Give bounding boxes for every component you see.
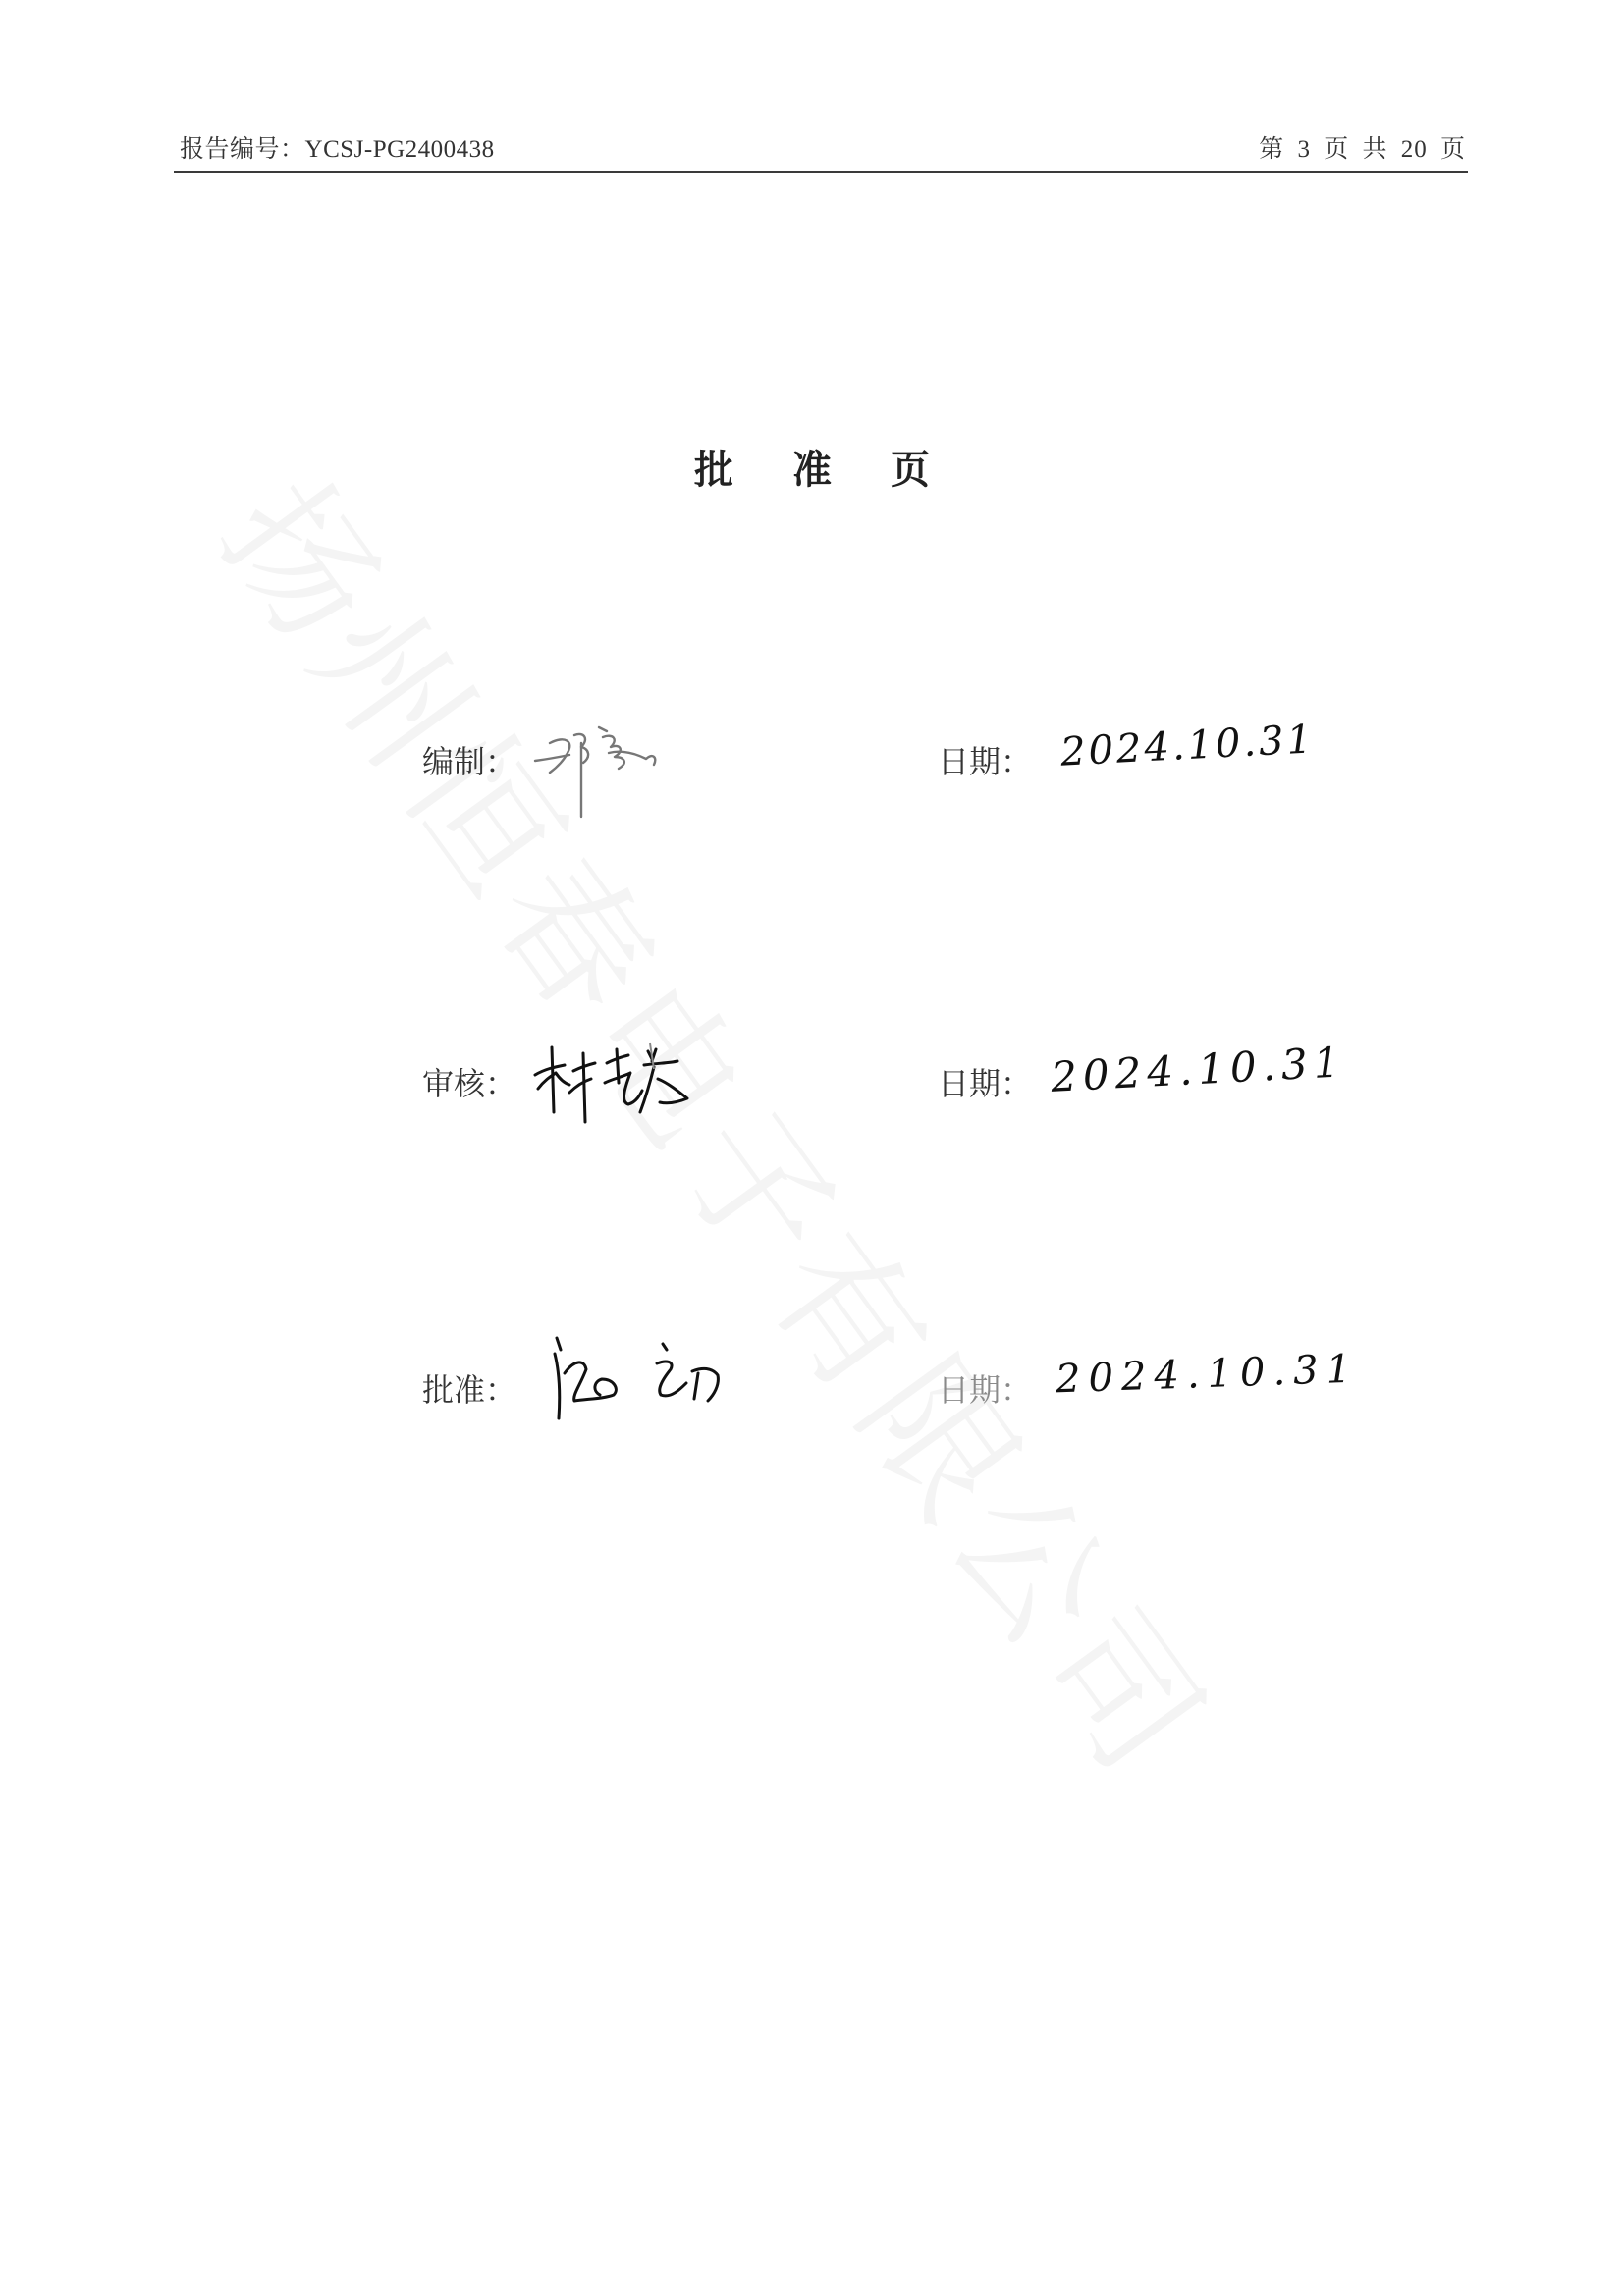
- prepared-by-signature: [530, 714, 687, 822]
- reviewed-by-label: 审核：: [422, 1059, 516, 1104]
- reviewed-by-signature: [530, 1034, 717, 1142]
- approved-by-label: 批准：: [422, 1365, 516, 1411]
- report-number-label: 报告编号：: [180, 136, 305, 163]
- title-char-2: 准: [792, 439, 832, 495]
- report-number: 报告编号：YCSJ-PG2400438: [180, 130, 495, 165]
- signature-row-reviewed: 审核： 日期： 2024.10.31: [0, 1043, 1624, 1122]
- page-header: 报告编号：YCSJ-PG2400438 第 3 页 共 20 页: [174, 126, 1468, 173]
- page-title: 批准页: [0, 439, 1624, 495]
- page-indicator: 第 3 页 共 20 页: [1259, 130, 1466, 165]
- signature-row-approved: 批准： 日期： 2024.10.31: [0, 1350, 1624, 1428]
- prepared-by-label: 编制：: [422, 737, 516, 782]
- reviewed-date-label: 日期：: [938, 1059, 1032, 1104]
- document-page: 扬州恒春电子有限公司 报告编号：YCSJ-PG2400438 第 3 页 共 2…: [0, 0, 1624, 2296]
- approved-date-value: 2024.10.31: [1055, 1347, 1359, 1403]
- report-number-value: YCSJ-PG2400438: [305, 136, 495, 163]
- approved-by-signature: [545, 1330, 761, 1438]
- signature-row-prepared: 编制： 日期： 2024.10.31: [0, 721, 1624, 800]
- title-char-3: 页: [891, 439, 930, 495]
- prepared-date-label: 日期：: [938, 737, 1032, 782]
- approved-date-label: 日期：: [938, 1365, 1032, 1411]
- title-char-1: 批: [694, 439, 733, 495]
- prepared-date-value: 2024.10.31: [1059, 717, 1316, 774]
- reviewed-date-value: 2024.10.31: [1050, 1038, 1347, 1101]
